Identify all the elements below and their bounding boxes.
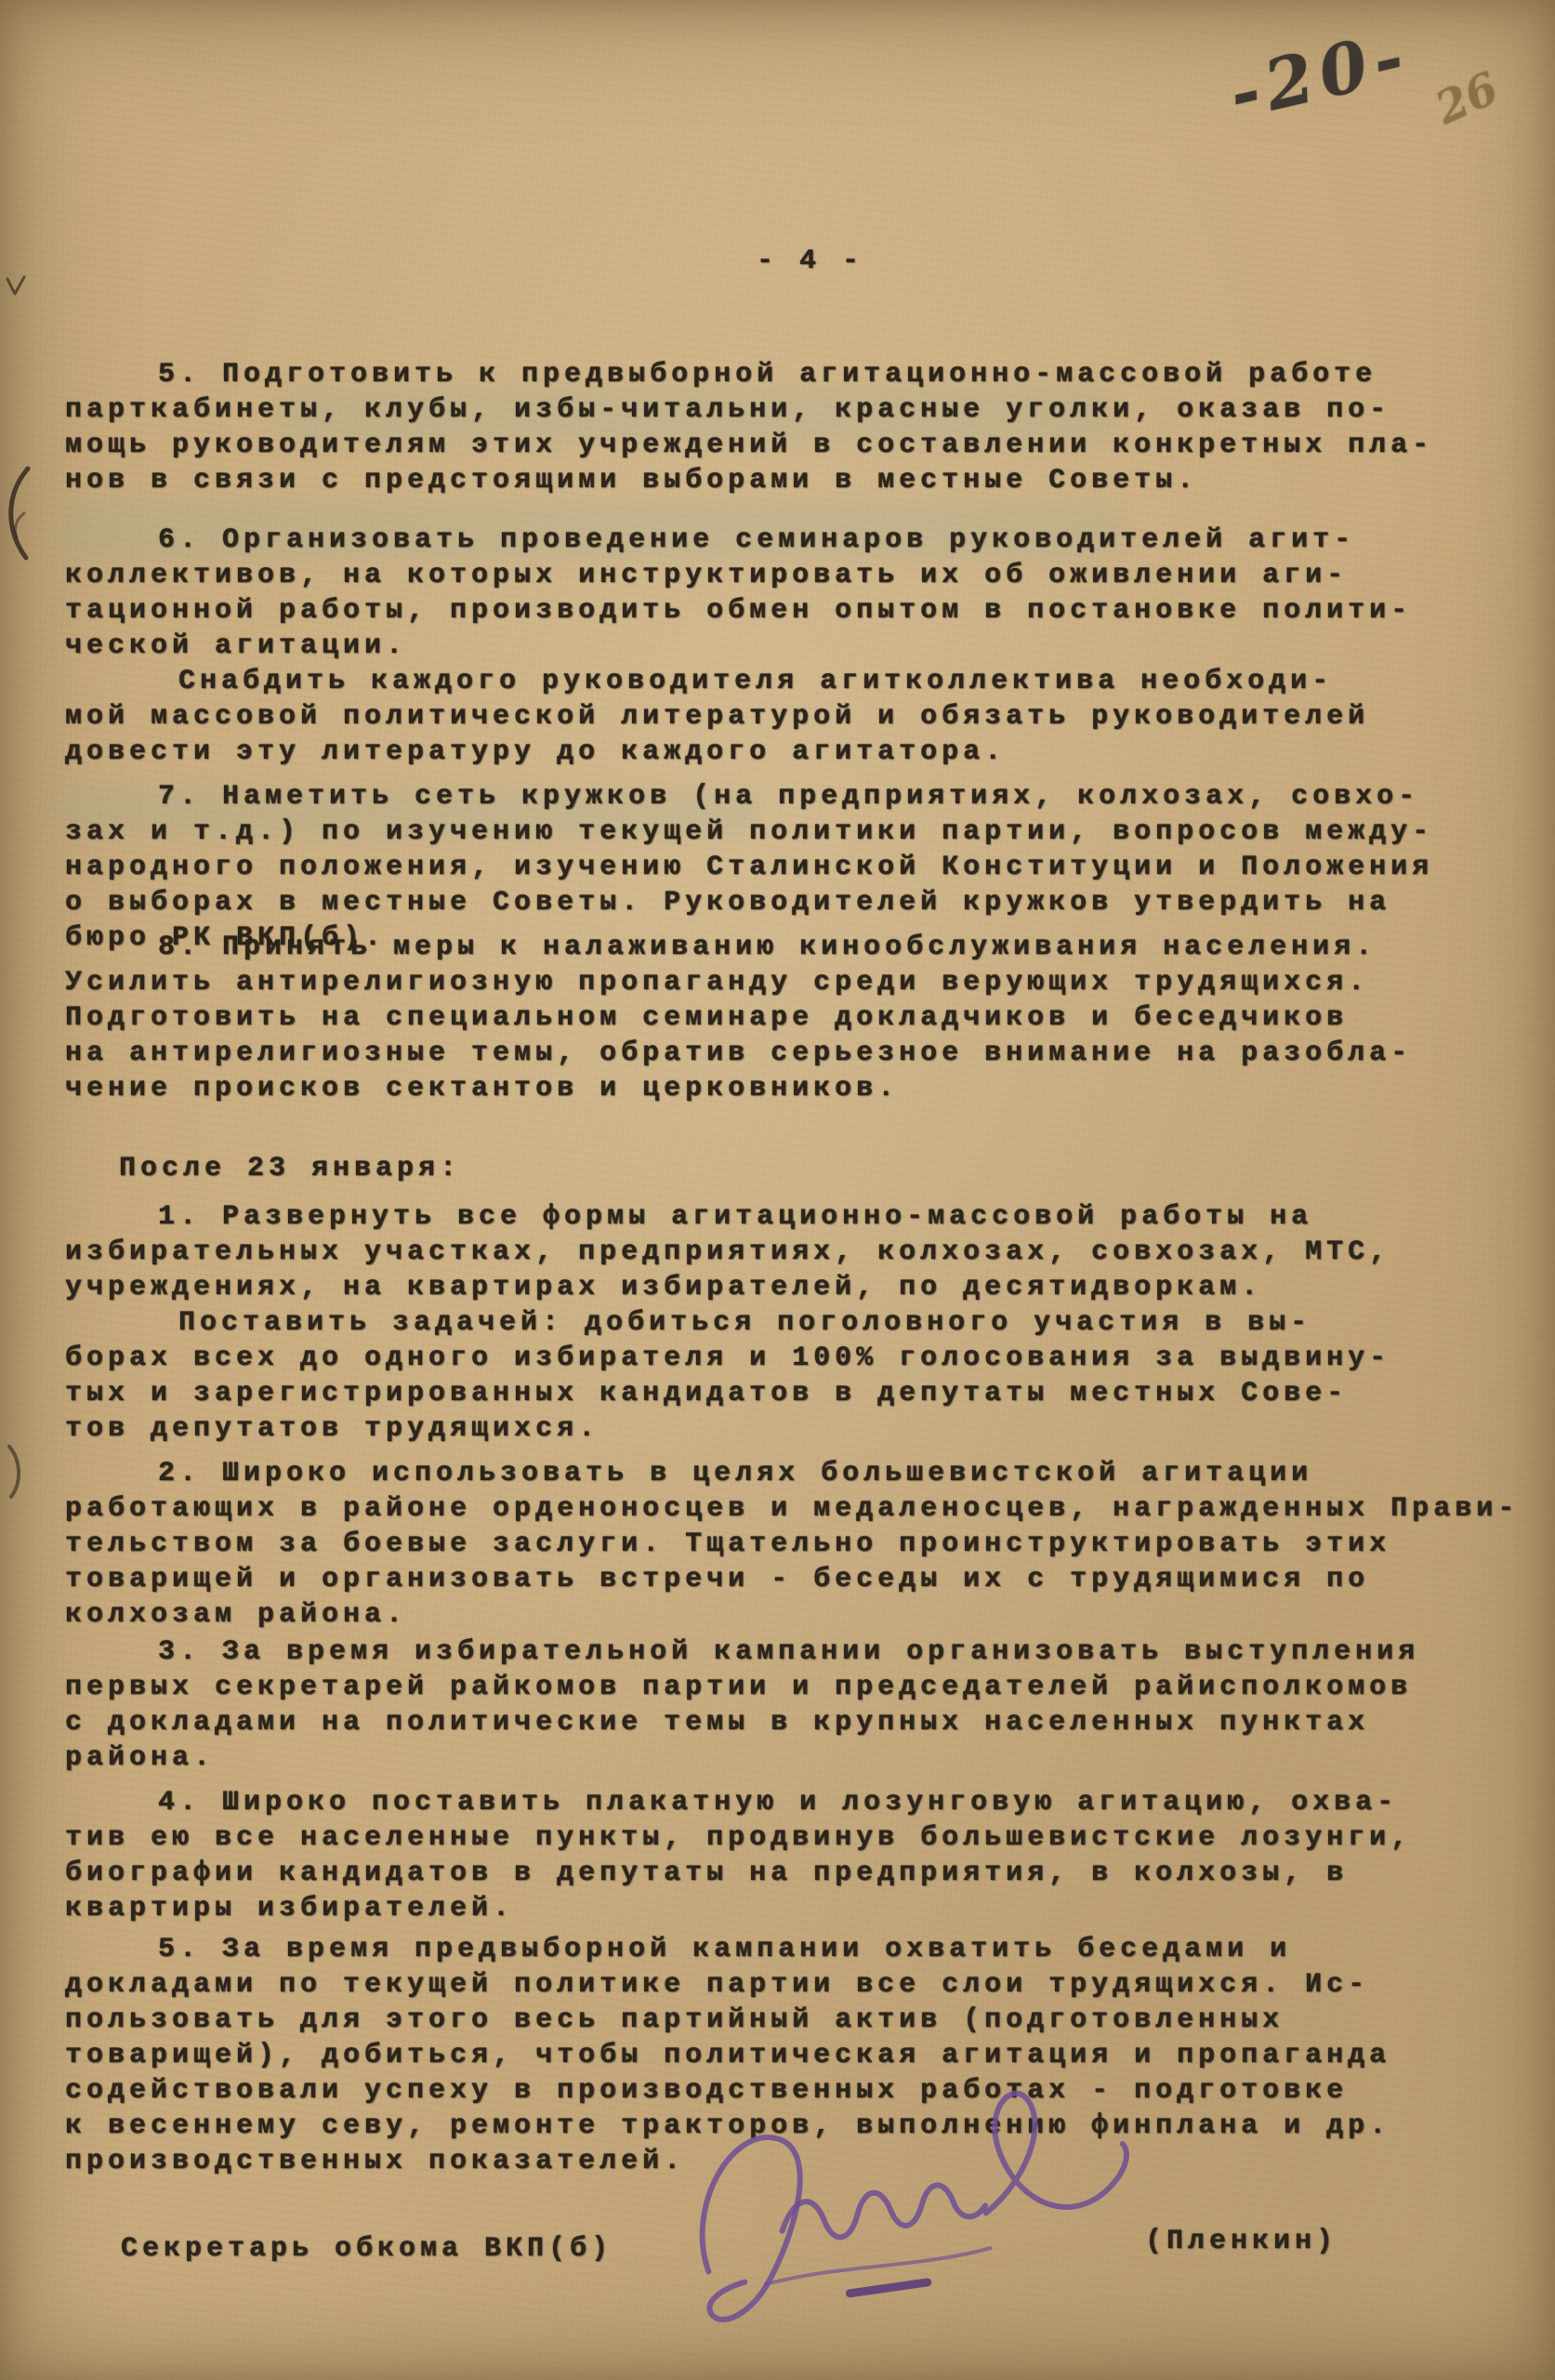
- edge-curve-mark: [0, 463, 33, 565]
- handwritten-signature: [642, 2063, 1179, 2349]
- handwritten-page-number: -20-: [1222, 16, 1418, 135]
- corner-archival-mark: 26: [1428, 62, 1506, 135]
- document-page: -20- 26 - 4 - 5. Подготовить к предвыбор…: [0, 0, 1555, 2380]
- paragraph-5: 5. Подготовить к предвыборной агитационн…: [65, 357, 1524, 498]
- paragraph-3: 3. За время избирательной кампании орган…: [65, 1634, 1524, 1776]
- edge-stray-mark: [0, 1439, 32, 1504]
- paragraph-1-continued: Поставить задачей: добиться поголовного …: [65, 1305, 1524, 1447]
- paragraph-2: 2. Широко использовать в целях большевис…: [65, 1456, 1524, 1633]
- section-heading: После 23 января:: [119, 1151, 461, 1186]
- paragraph-8: 8. Принять меры к налаживанию кинообслуж…: [65, 930, 1524, 1106]
- paragraph-6-continued: Снабдить каждого руководителя агитколлек…: [65, 664, 1524, 770]
- signatory-title: Секретарь обкома ВКП(б): [121, 2231, 613, 2267]
- page-number: - 4 -: [33, 244, 1555, 279]
- paragraph-6: 6. Организовать проведение семинаров рук…: [65, 522, 1524, 664]
- paragraph-1: 1. Развернуть все формы агитационно-масс…: [65, 1199, 1524, 1305]
- pencil-tick-mark: [0, 271, 37, 309]
- paragraph-4: 4. Широко поставить плакатную и лозунгов…: [65, 1785, 1524, 1926]
